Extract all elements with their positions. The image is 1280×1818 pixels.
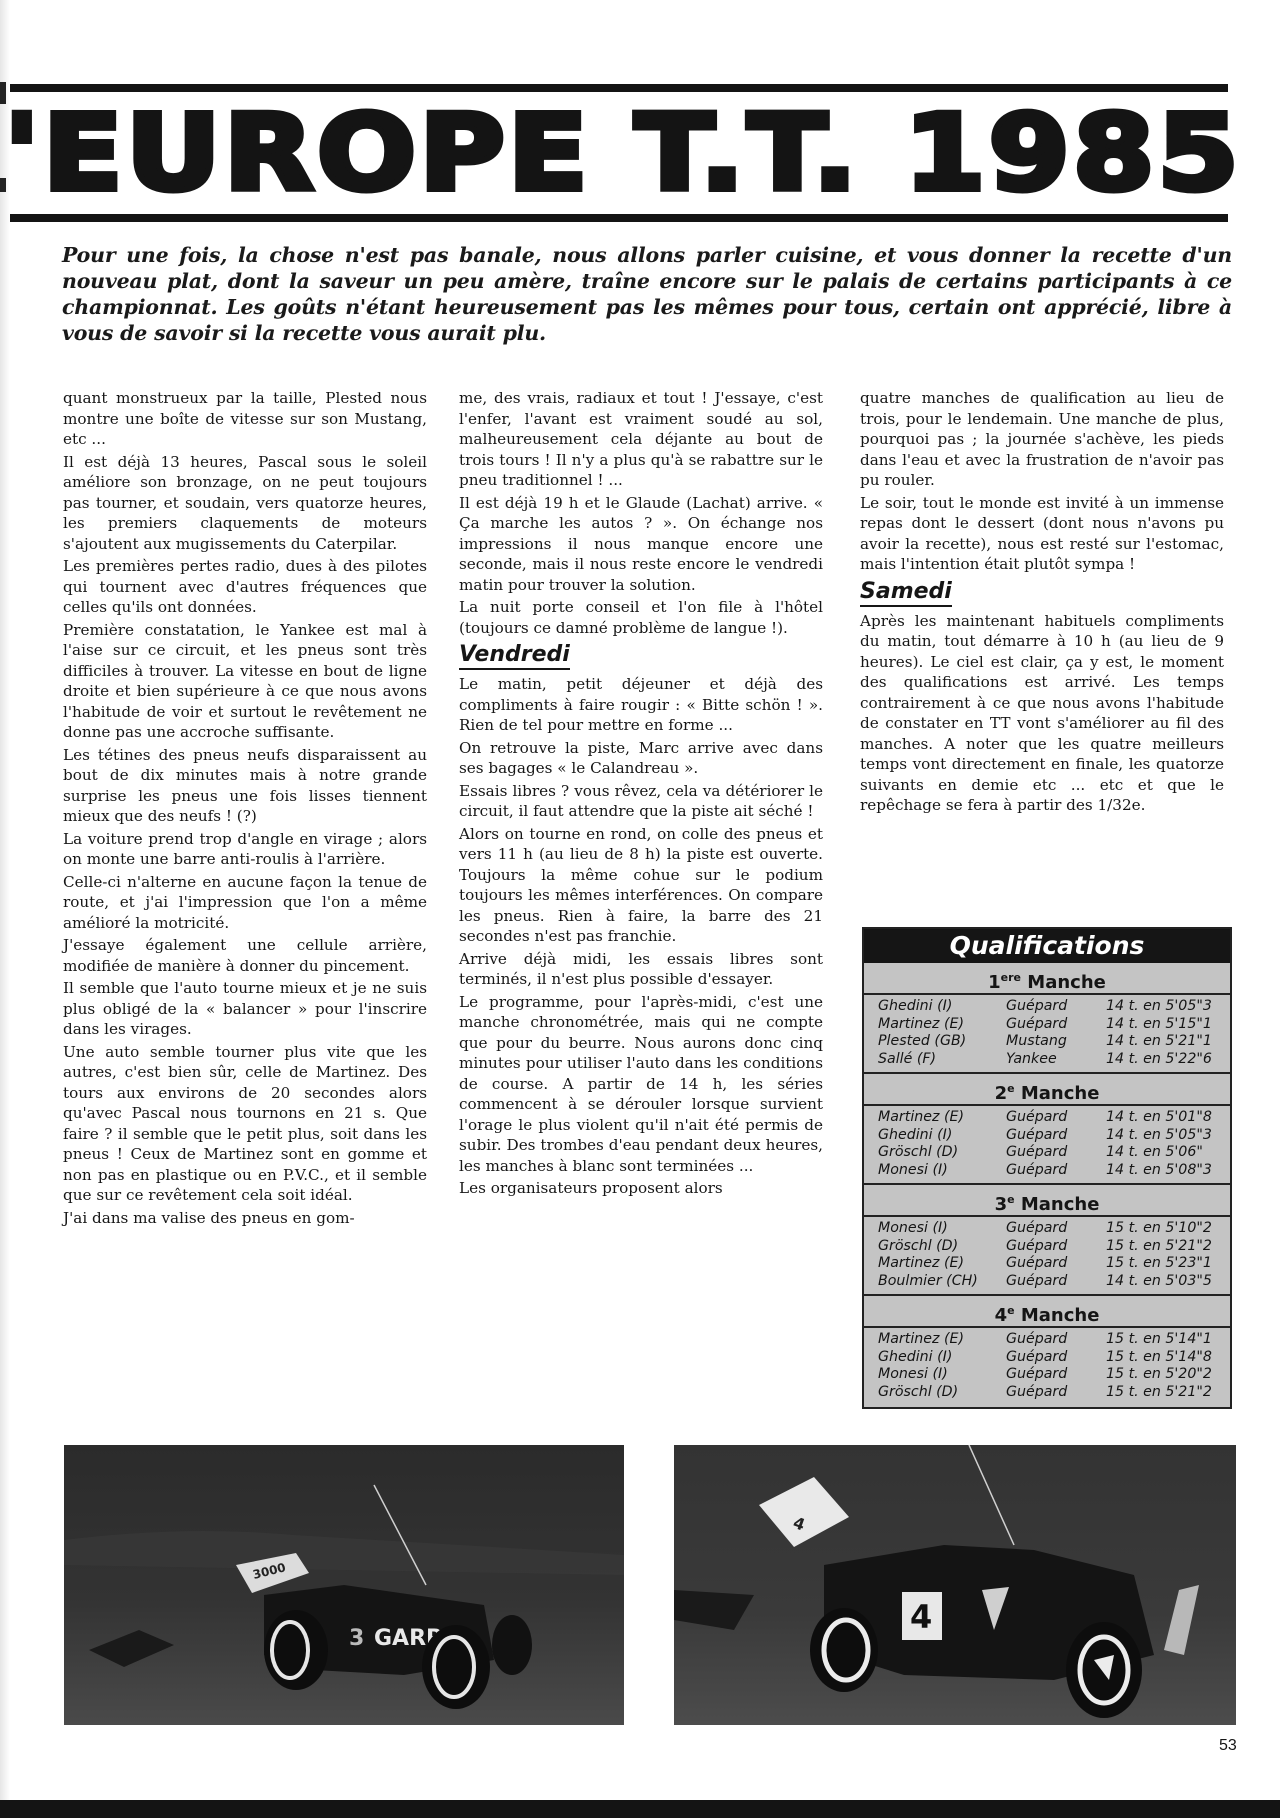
table-row: Boulmier (CH)Guépard14 t. en 5'03"5 [864, 1273, 1230, 1291]
rc-car-photo-illustration: 3000 GARRC 3 [64, 1445, 624, 1725]
car-model: Mustang [1006, 1033, 1106, 1051]
manche-block: 4e Manche Martinez (E)Guépard15 t. en 5'… [864, 1296, 1230, 1405]
car-model: Guépard [1006, 1220, 1106, 1238]
paragraph: On retrouve la piste, Marc arrive avec d… [459, 738, 823, 779]
manche-heading: 4e Manche [864, 1296, 1230, 1328]
car-number: 3 [349, 1626, 364, 1651]
paragraph: Les organisateurs proposent alors [459, 1178, 823, 1199]
section-heading-samedi: Samedi [860, 579, 952, 607]
paragraph: La nuit porte conseil et l'on file à l'h… [459, 597, 823, 638]
pilot-name: Monesi (I) [864, 1162, 1006, 1180]
photo-rc-car-4: 4 4 [674, 1445, 1236, 1725]
title-band: 'EUROPE T.T. 1985 [10, 84, 1228, 222]
car-model: Guépard [1006, 1238, 1106, 1256]
paragraph: Le programme, pour l'après-midi, c'est u… [459, 992, 823, 1177]
paragraph: quatre manches de qualification au lieu … [860, 388, 1224, 491]
paragraph: Le soir, tout le monde est invité à un i… [860, 493, 1224, 575]
paragraph: me, des vrais, radiaux et tout ! J'essay… [459, 388, 823, 491]
manche-label: Manche [1021, 1305, 1100, 1326]
car-model: Guépard [1006, 1109, 1106, 1127]
lap-time: 14 t. en 5'03"5 [1106, 1273, 1230, 1291]
lap-time: 14 t. en 5'06" [1106, 1144, 1230, 1162]
table-row: Ghedini (I)Guépard14 t. en 5'05"3 [864, 998, 1230, 1016]
section-heading-vendredi: Vendredi [459, 642, 570, 670]
manche-ordinal: e [1007, 1193, 1014, 1206]
title-rule-bottom [10, 214, 1228, 222]
car-model: Guépard [1006, 1127, 1106, 1145]
paragraph: Il est déjà 13 heures, Pascal sous le so… [63, 452, 427, 555]
paragraph: Il est déjà 19 h et le Glaude (Lachat) a… [459, 493, 823, 596]
lap-time: 14 t. en 5'08"3 [1106, 1162, 1230, 1180]
lap-time: 14 t. en 5'05"3 [1106, 1127, 1230, 1145]
paragraph: Après les maintenant habituels complimen… [860, 611, 1224, 816]
manche-block: 1ere Manche Ghedini (I)Guépard14 t. en 5… [864, 963, 1230, 1074]
lap-time: 14 t. en 5'21"1 [1106, 1033, 1230, 1051]
paragraph: Une auto semble tourner plus vite que le… [63, 1042, 427, 1206]
page-edge-shadow [0, 0, 10, 1818]
manche-number: 1 [988, 972, 1001, 993]
car-number: 4 [910, 1598, 932, 1636]
pilot-name: Gröschl (D) [864, 1384, 1006, 1402]
paragraph: Il semble que l'auto tourne mieux et je … [63, 978, 427, 1040]
table-row: Monesi (I)Guépard14 t. en 5'08"3 [864, 1162, 1230, 1180]
manche-ordinal: e [1007, 1082, 1014, 1095]
manche-number: 3 [995, 1194, 1008, 1215]
pilot-name: Martinez (E) [864, 1331, 1006, 1349]
qualifications-table: Qualifications 1ere Manche Ghedini (I)Gu… [862, 927, 1232, 1409]
paragraph: quant monstrueux par la taille, Plested … [63, 388, 427, 450]
table-row: Monesi (I)Guépard15 t. en 5'20"2 [864, 1366, 1230, 1384]
table-row: Ghedini (I)Guépard14 t. en 5'05"3 [864, 1127, 1230, 1145]
pilot-name: Gröschl (D) [864, 1144, 1006, 1162]
lap-time: 15 t. en 5'21"2 [1106, 1384, 1230, 1402]
paragraph: Alors on tourne en rond, on colle des pn… [459, 824, 823, 947]
manche-heading: 3e Manche [864, 1185, 1230, 1217]
photo-rc-car-3: 3000 GARRC 3 [64, 1445, 624, 1725]
lap-time: 15 t. en 5'10"2 [1106, 1220, 1230, 1238]
manche-block: 2e Manche Martinez (E)Guépard14 t. en 5'… [864, 1074, 1230, 1185]
lap-time: 15 t. en 5'20"2 [1106, 1366, 1230, 1384]
paragraph: La voiture prend trop d'angle en virage … [63, 829, 427, 870]
page-number: 53 [1219, 1737, 1237, 1755]
page-title: 'EUROPE T.T. 1985 [4, 94, 1280, 212]
manche-ordinal: e [1007, 1304, 1014, 1317]
rc-car-photo-illustration: 4 4 [674, 1445, 1236, 1725]
paragraph: J'ai dans ma valise des pneus en gom- [63, 1208, 427, 1229]
pilot-name: Plested (GB) [864, 1033, 1006, 1051]
pilot-name: Martinez (E) [864, 1016, 1006, 1034]
car-model: Guépard [1006, 1331, 1106, 1349]
article-column-1: quant monstrueux par la taille, Plested … [63, 388, 427, 1230]
lap-time: 14 t. en 5'01"8 [1106, 1109, 1230, 1127]
car-model: Guépard [1006, 1144, 1106, 1162]
lap-time: 15 t. en 5'21"2 [1106, 1238, 1230, 1256]
title-rule-top [10, 84, 1228, 92]
table-row: Plested (GB)Mustang14 t. en 5'21"1 [864, 1033, 1230, 1051]
manche-number: 4 [995, 1305, 1008, 1326]
paragraph: J'essaye également une cellule arrière, … [63, 935, 427, 976]
paragraph: Arrive déjà midi, les essais libres sont… [459, 949, 823, 990]
table-row: Martinez (E)Guépard15 t. en 5'23"1 [864, 1255, 1230, 1273]
pilot-name: Gröschl (D) [864, 1238, 1006, 1256]
pilot-name: Monesi (I) [864, 1220, 1006, 1238]
car-model: Guépard [1006, 1162, 1106, 1180]
pilot-name: Martinez (E) [864, 1109, 1006, 1127]
manche-ordinal: ere [1001, 971, 1021, 984]
lap-time: 15 t. en 5'14"8 [1106, 1349, 1230, 1367]
scan-bottom-edge [0, 1800, 1280, 1818]
table-row: Martinez (E)Guépard14 t. en 5'15"1 [864, 1016, 1230, 1034]
car-model: Guépard [1006, 1273, 1106, 1291]
paragraph: Les premières pertes radio, dues à des p… [63, 556, 427, 618]
table-row: Gröschl (D)Guépard15 t. en 5'21"2 [864, 1238, 1230, 1256]
pilot-name: Ghedini (I) [864, 1127, 1006, 1145]
manche-heading: 2e Manche [864, 1074, 1230, 1106]
car-model: Guépard [1006, 998, 1106, 1016]
lap-time: 14 t. en 5'22"6 [1106, 1051, 1230, 1069]
pilot-name: Ghedini (I) [864, 998, 1006, 1016]
car-model: Guépard [1006, 1016, 1106, 1034]
pilot-name: Sallé (F) [864, 1051, 1006, 1069]
car-model: Guépard [1006, 1384, 1106, 1402]
car-model: Guépard [1006, 1366, 1106, 1384]
table-row: Gröschl (D)Guépard15 t. en 5'21"2 [864, 1384, 1230, 1402]
pilot-name: Boulmier (CH) [864, 1273, 1006, 1291]
lap-time: 15 t. en 5'14"1 [1106, 1331, 1230, 1349]
pilot-name: Monesi (I) [864, 1366, 1006, 1384]
qualifications-title: Qualifications [864, 929, 1230, 963]
paragraph: Première constatation, le Yankee est mal… [63, 620, 427, 743]
article-column-2: me, des vrais, radiaux et tout ! J'essay… [459, 388, 823, 1201]
pilot-name: Martinez (E) [864, 1255, 1006, 1273]
paragraph: Celle-ci n'alterne en aucune façon la te… [63, 872, 427, 934]
lap-time: 14 t. en 5'05"3 [1106, 998, 1230, 1016]
paragraph: Les tétines des pneus neufs disparaissen… [63, 745, 427, 827]
table-row: Martinez (E)Guépard14 t. en 5'01"8 [864, 1109, 1230, 1127]
manche-label: Manche [1027, 972, 1106, 993]
car-model: Yankee [1006, 1051, 1106, 1069]
pilot-name: Ghedini (I) [864, 1349, 1006, 1367]
paragraph: Essais libres ? vous rêvez, cela va dété… [459, 781, 823, 822]
table-row: Sallé (F)Yankee14 t. en 5'22"6 [864, 1051, 1230, 1069]
table-row: Monesi (I)Guépard15 t. en 5'10"2 [864, 1220, 1230, 1238]
car-model: Guépard [1006, 1255, 1106, 1273]
manche-heading: 1ere Manche [864, 963, 1230, 995]
lap-time: 14 t. en 5'15"1 [1106, 1016, 1230, 1034]
manche-number: 2 [995, 1083, 1008, 1104]
lap-time: 15 t. en 5'23"1 [1106, 1255, 1230, 1273]
manche-label: Manche [1021, 1083, 1100, 1104]
manche-label: Manche [1021, 1194, 1100, 1215]
article-column-3: quatre manches de qualification au lieu … [860, 388, 1224, 818]
paragraph: Le matin, petit déjeuner et déjà des com… [459, 674, 823, 736]
car-model: Guépard [1006, 1349, 1106, 1367]
intro-paragraph: Pour une fois, la chose n'est pas banale… [62, 242, 1232, 346]
table-row: Martinez (E)Guépard15 t. en 5'14"1 [864, 1331, 1230, 1349]
table-row: Ghedini (I)Guépard15 t. en 5'14"8 [864, 1349, 1230, 1367]
table-row: Gröschl (D)Guépard14 t. en 5'06" [864, 1144, 1230, 1162]
manche-block: 3e Manche Monesi (I)Guépard15 t. en 5'10… [864, 1185, 1230, 1296]
